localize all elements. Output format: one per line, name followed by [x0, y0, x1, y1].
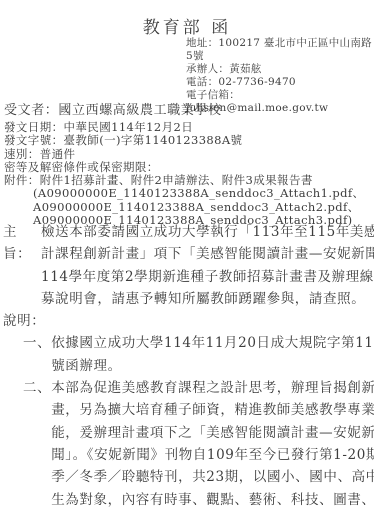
document-meta-block: 發文日期：中華民國114年12月2日 發文字號：臺教師(一)字第11401233… — [4, 121, 364, 227]
item-line: 畫，另為擴大培育種子師資，精進教師美感教學專業知 — [51, 399, 374, 421]
explanation-items: 一、 依據國立成功大學114年11月20日成大規院字第1142502981 號函… — [23, 332, 373, 510]
letter-body: 主旨： 檢送本部委請國立成功大學執行「113年至115年美感與設 計課程創新計畫… — [3, 221, 373, 511]
subject-block: 主旨： 檢送本部委請國立成功大學執行「113年至115年美感與設 計課程創新計畫… — [3, 221, 373, 310]
item-line: 依據國立成功大學114年11月20日成大規院字第1142502981 — [51, 332, 374, 354]
item-line: 生為對象，內容有時事、觀點、藝術、科技、圖書、電影 — [51, 489, 374, 511]
subject-label: 主旨： — [3, 221, 41, 310]
item-line: 本部為促進美感教育課程之設計思考，辦理旨揭創新計 — [51, 377, 374, 399]
subject-text: 檢送本部委請國立成功大學執行「113年至115年美感與設 計課程創新計畫」項下「… — [41, 221, 374, 310]
subject-line: 募說明會，請惠予轉知所屬教師踴躍參與，請查照。 — [41, 288, 374, 310]
sender-contact-person: 承辦人：黃茹舷 — [186, 63, 374, 76]
explanation-item-1: 一、 依據國立成功大學114年11月20日成大規院字第1142502981 號函… — [23, 332, 373, 377]
issue-date: 發文日期：中華民國114年12月2日 — [4, 121, 364, 134]
recipient-line: 受文者：國立西螺高級農工職業學校 — [4, 99, 222, 118]
priority-level: 速別：普通件 — [4, 148, 364, 161]
item-line: 號函辦理。 — [51, 355, 374, 377]
sender-phone: 電話：02-7736-9470 — [186, 76, 374, 89]
explanation-label: 說明： — [3, 310, 373, 332]
explanation-item-2: 二、 本部為促進美感教育課程之設計思考，辦理旨揭創新計 畫，另為擴大培育種子師資… — [23, 377, 373, 511]
attachment-filename: (A09000000E_1140123388A_senddoc3_Attach1… — [33, 187, 364, 200]
subject-line: 114學年度第2學期新進種子教師招募計畫書及辦理線上招 — [41, 266, 374, 288]
subject-line: 檢送本部委請國立成功大學執行「113年至115年美感與設 — [41, 221, 374, 243]
official-letter-page: 教育部 函 地址：100217 臺北市中正區中山南路5號 承辦人：黃茹舷 電話：… — [0, 0, 374, 521]
item-text: 本部為促進美感教育課程之設計思考，辦理旨揭創新計 畫，另為擴大培育種子師資，精進… — [51, 377, 374, 511]
attachment-filename: A09000000E_1140123388A_senddoc3_Attach2.… — [33, 201, 364, 214]
attachments-label: 附件：附件1招募計畫、附件2申請辦法、附件3成果報告書 — [4, 174, 364, 187]
subject-line: 計課程創新計畫」項下「美感智能閱讀計畫—安妮新聞」 — [41, 243, 374, 265]
document-number: 發文字號：臺教師(一)字第1140123388A號 — [4, 134, 364, 147]
item-line: 聞」。《安妮新聞》刊物自109年至今已發行第1-20期、夏 — [51, 444, 374, 466]
sender-address: 地址：100217 臺北市中正區中山南路5號 — [186, 37, 374, 63]
security-classification: 密等及解密條件或保密期限： — [4, 161, 364, 174]
document-title: 教育部 函 — [0, 13, 374, 38]
item-number: 二、 — [23, 377, 51, 511]
item-number: 一、 — [23, 332, 51, 377]
item-line: 季／冬季／聆聽特刊，共23期，以國小、國中、高中職學 — [51, 466, 374, 488]
item-line: 能，爰辦理計畫項下之「美感智能閱讀計畫—安妮新 — [51, 422, 374, 444]
item-text: 依據國立成功大學114年11月20日成大規院字第1142502981 號函辦理。 — [51, 332, 374, 377]
